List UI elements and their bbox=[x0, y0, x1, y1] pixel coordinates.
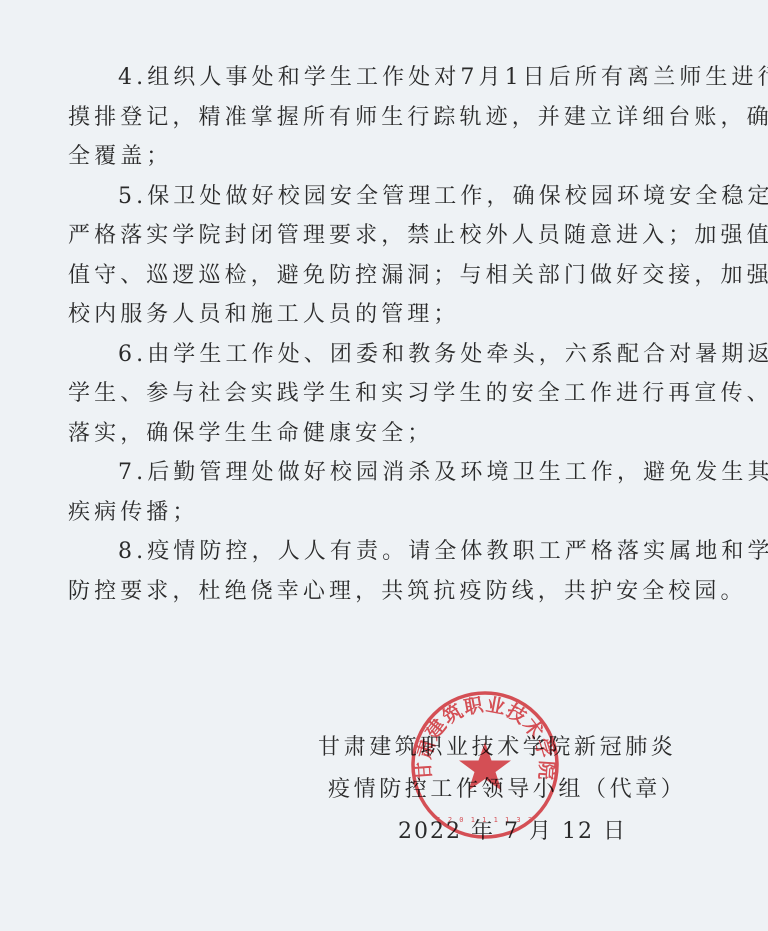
paragraph-6-line-1: 6.由学生工作处、团委和教务处牵头，六系配合对暑期返乡 bbox=[68, 335, 708, 375]
paragraph-6-line-3: 落实，确保学生生命健康安全； bbox=[68, 414, 708, 454]
paragraph-5-line-4: 校内服务人员和施工人员的管理； bbox=[68, 295, 708, 335]
paragraph-4-line-1: 4.组织人事处和学生工作处对7月1日后所有离兰师生进行 bbox=[68, 58, 708, 98]
stamp-star-icon bbox=[459, 742, 511, 791]
paragraph-5-line-1: 5.保卫处做好校园安全管理工作，确保校园环境安全稳定； bbox=[68, 177, 708, 217]
paragraph-4-line-2: 摸排登记，精准掌握所有师生行踪轨迹，并建立详细台账，确保 bbox=[68, 98, 708, 138]
document-page: 4.组织人事处和学生工作处对7月1日后所有离兰师生进行 摸排登记，精准掌握所有师… bbox=[0, 0, 768, 931]
paragraph-7-line-2: 疾病传播； bbox=[68, 493, 708, 533]
document-body: 4.组织人事处和学生工作处对7月1日后所有离兰师生进行 摸排登记，精准掌握所有师… bbox=[68, 58, 708, 611]
paragraph-7-line-1: 7.后勤管理处做好校园消杀及环境卫生工作，避免发生其他 bbox=[68, 453, 708, 493]
paragraph-8-line-1: 8.疫情防控，人人有责。请全体教职工严格落实属地和学院 bbox=[68, 532, 708, 572]
paragraph-6-line-2: 学生、参与社会实践学生和实习学生的安全工作进行再宣传、再 bbox=[68, 374, 708, 414]
paragraph-4-line-3: 全覆盖； bbox=[68, 137, 708, 177]
official-seal-stamp-icon: 甘肃建筑职业技术学院 6 2 0 1 1 1 1 3 3 bbox=[410, 690, 560, 840]
paragraph-5-line-3: 值守、巡逻巡检，避免防控漏洞；与相关部门做好交接，加强对 bbox=[68, 256, 708, 296]
svg-text:6 2 0 1 1 1 1 3 3: 6 2 0 1 1 1 1 3 3 bbox=[436, 816, 533, 824]
paragraph-5-line-2: 严格落实学院封闭管理要求，禁止校外人员随意进入；加强值班 bbox=[68, 216, 708, 256]
paragraph-8-line-2: 防控要求，杜绝侥幸心理，共筑抗疫防线，共护安全校园。 bbox=[68, 572, 708, 612]
